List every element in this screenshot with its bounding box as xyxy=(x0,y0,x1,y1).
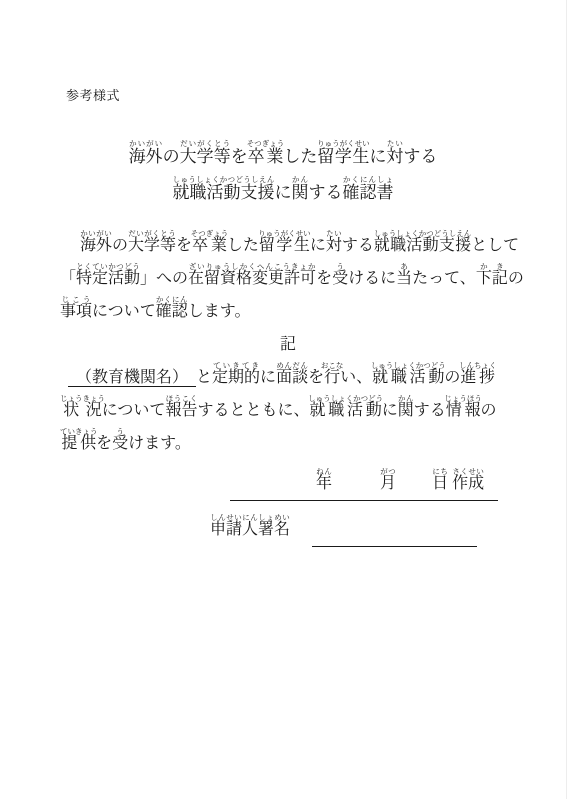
ruby-text: 情報じょうほう xyxy=(446,402,481,419)
intro-paragraph: 海外かいがいの大学等だいがくとうを卒業そつぎょうした留学生りゅうがくせいに対たい… xyxy=(60,229,516,328)
ruby-text: 確認かくにん xyxy=(156,303,188,320)
section-marker-ki: 記 xyxy=(60,328,516,361)
plain-text: に xyxy=(260,369,276,386)
ruby-text: 就職活動しゅうしょくかつどう xyxy=(309,402,381,419)
plain-text: けるに xyxy=(348,270,396,287)
document-page: 参考様式 海外かいがいの大学等だいがくとうを卒業そつぎょうした留学生りゅうがくせ… xyxy=(0,0,567,799)
plain-text: する xyxy=(403,147,437,166)
ruby-text: 事項じこう xyxy=(60,303,92,320)
ruby-text: 対たい xyxy=(386,147,403,166)
ruby-text: 月がつ xyxy=(380,475,396,492)
plain-text: を xyxy=(96,435,112,452)
ruby-text: 就職活動支援しゅうしょくかつどうしえん xyxy=(173,183,275,202)
ruby-text: 就職活動支援しゅうしょくかつどうしえん xyxy=(374,237,471,254)
plain-text xyxy=(396,475,432,492)
ruby-text: 関かん xyxy=(292,183,309,202)
plain-text: の xyxy=(508,270,524,287)
plain-text: する xyxy=(414,402,446,419)
plain-text: する xyxy=(309,183,343,202)
ruby-text: 年ねん xyxy=(316,475,332,492)
plain-text: たって、 xyxy=(412,270,476,287)
ruby-text: 大学等だいがくとう xyxy=(128,237,176,254)
ruby-text: 下記かき xyxy=(476,270,508,287)
ruby-text: 申請人署名しんせいにんしょめい xyxy=(210,521,290,538)
applicant-signature-label: 申請人署名しんせいにんしょめい xyxy=(210,513,290,547)
plain-text xyxy=(236,475,316,492)
fill-in-blank[interactable]: （教育機関名） xyxy=(68,369,196,387)
plain-text: する xyxy=(342,237,374,254)
plain-text: するとともに、 xyxy=(197,402,309,419)
plain-text: した xyxy=(227,237,259,254)
signature-fill-line[interactable] xyxy=(312,513,477,547)
document-title-line2: 就職活動支援しゅうしょくかつどうしえんに関かんする確認書かくにんしょ xyxy=(0,175,566,211)
plain-text: 」への xyxy=(140,270,188,287)
ruby-text: 海外かいがい xyxy=(80,237,112,254)
plain-text: について xyxy=(102,402,166,419)
ruby-text: 卒業そつぎょう xyxy=(192,237,227,254)
plain-text: を xyxy=(316,270,332,287)
plain-text xyxy=(332,475,380,492)
plain-text: した xyxy=(283,147,317,166)
plain-text: い、 xyxy=(340,369,372,386)
ruby-text: 行おこな xyxy=(324,369,340,386)
ruby-text: 面談めんだん xyxy=(276,369,308,386)
ruby-text: 進捗しんちょく xyxy=(460,369,496,386)
ruby-text: 提供ていきょう xyxy=(60,435,96,452)
ruby-text: 卒業そつぎょう xyxy=(248,147,284,166)
document-title-line1: 海外かいがいの大学等だいがくとうを卒業そつぎょうした留学生りゅうがくせいに対たい… xyxy=(0,139,566,175)
plain-text: の xyxy=(163,147,180,166)
ruby-text: 在留資格変更許可ざいりゅうしかくへんこうきょか xyxy=(188,270,316,287)
ruby-text: 状況じょうきょう xyxy=(60,402,102,419)
plain-text: します。 xyxy=(188,303,251,320)
plain-text: に xyxy=(382,402,398,419)
plain-text: けます。 xyxy=(128,435,191,452)
plain-text: の xyxy=(112,237,128,254)
plain-text: の xyxy=(444,369,460,386)
plain-text: を xyxy=(176,237,192,254)
creation-date-fill-line[interactable]: 年ねん 月がつ 日にち 作成さくせい xyxy=(230,467,498,501)
plain-text: に xyxy=(310,237,326,254)
plain-text: を xyxy=(231,147,248,166)
ruby-text: 受う xyxy=(112,435,128,452)
ruby-text: 関かん xyxy=(398,402,414,419)
ruby-text: 報告ほうこく xyxy=(165,402,197,419)
terms-paragraph: （教育機関名） と定期的ていきてきに面談めんだんを行おこない、就職活動しゅうしょ… xyxy=(60,361,516,460)
plain-text: として xyxy=(471,237,519,254)
document-title: 海外かいがいの大学等だいがくとうを卒業そつぎょうした留学生りゅうがくせいに対たい… xyxy=(0,139,566,211)
ruby-text: 対たい xyxy=(326,237,342,254)
signature-section: 申請人署名しんせいにんしょめい xyxy=(210,513,477,547)
ruby-text: 大学等だいがくとう xyxy=(180,147,231,166)
ruby-text: 留学生りゅうがくせい xyxy=(317,147,369,166)
plain-text: に xyxy=(275,183,292,202)
plain-text: の xyxy=(481,402,497,419)
ruby-text: 日にち xyxy=(432,475,448,492)
ruby-text: 海外かいがい xyxy=(129,147,163,166)
ruby-text: 確認書かくにんしょ xyxy=(343,183,394,202)
form-type-label: 参考様式 xyxy=(66,85,120,104)
document-body: 海外かいがいの大学等だいがくとうを卒業そつぎょうした留学生りゅうがくせいに対たい… xyxy=(60,229,516,460)
plain-text: について xyxy=(92,303,156,320)
plain-text: と xyxy=(196,369,212,386)
ruby-text: 特定活動とくていかつどう xyxy=(76,270,140,287)
ruby-text: 受う xyxy=(332,270,348,287)
ruby-text: 作成さくせい xyxy=(452,475,484,492)
ruby-text: 就職活動しゅうしょくかつどう xyxy=(372,369,444,386)
ruby-text: 当あ xyxy=(396,270,412,287)
ruby-text: 留学生りゅうがくせい xyxy=(259,237,310,254)
plain-text: 「 xyxy=(60,270,76,287)
plain-text: に xyxy=(369,147,386,166)
ruby-text: 定期的ていきてき xyxy=(212,369,260,386)
